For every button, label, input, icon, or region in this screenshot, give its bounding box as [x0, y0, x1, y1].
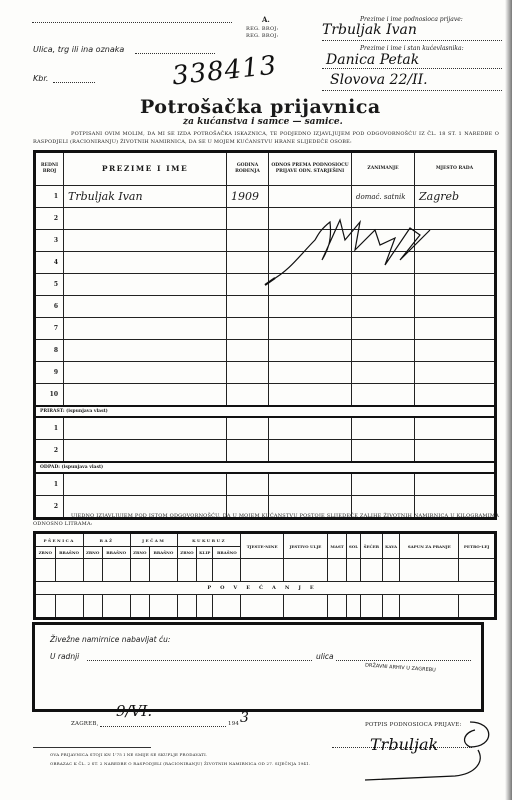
table-row: 1 Trbuljak Ivan 1909 domać. satnik Zagre…: [35, 186, 496, 208]
shop-box: Živežne namirnice nabavljat ću: U radnji…: [32, 622, 484, 712]
table-row: 9: [35, 362, 496, 384]
date-handwritten: 9/VI.: [116, 702, 152, 720]
supplies-intro: UJEDNO IZJAVLJUJEM POD ISTOM ODGOVORNOŠĆ…: [33, 512, 499, 528]
form-subtitle: za kućanstva i samce — samice.: [183, 117, 343, 127]
landlord-address[interactable]: Slovova 22/II.: [330, 72, 428, 88]
page-edge: [505, 0, 512, 800]
col-kava: KAVA: [382, 533, 399, 559]
shop-label: U radnji: [50, 652, 79, 661]
col-jecam: JEČAM: [130, 533, 177, 547]
footer-note-1: OVA PRIJAVNICA STOJI KN 1'75 I NE SMIJE …: [50, 752, 207, 757]
table-row: 1: [35, 417, 496, 440]
intro-text: POTPISANI OVIM MOLIM, DA MI SE IZDA POTR…: [33, 130, 499, 146]
kbr-label: Kbr.: [33, 74, 48, 83]
col-secer: ŠEĆER: [360, 533, 382, 559]
persons-table: REDNI BROJ PREZIME I IME GODINA ROĐENJA …: [33, 150, 497, 520]
odpad-section: ODPAD: (ispunjava vlast): [35, 462, 496, 473]
col-raz: RAŽ: [83, 533, 130, 547]
col-tjestenine: TJESTE-NINE: [241, 533, 284, 559]
cancellation-scribble: [260, 210, 480, 290]
supplies-values-row: [35, 559, 496, 582]
reg-number: 338413: [171, 51, 279, 92]
table-row: 10: [35, 384, 496, 407]
col-sapun: SAPUN ZA PRANJE: [400, 533, 459, 559]
street-label-box: ulica: [316, 652, 334, 661]
povecanje-values-row: [35, 595, 496, 619]
col-sol: SOL: [347, 533, 361, 559]
address-line: [322, 90, 502, 91]
table-row: 8: [35, 340, 496, 362]
footer-note-2: OBRAZAC K ČL. 2 ST. 2 NAREDBE O RASPODJE…: [50, 761, 310, 766]
landlord-label: Prezime i ime i stan kućevlasnika:: [360, 45, 464, 52]
street-label: Ulica, trg ili ina oznaka: [33, 45, 124, 54]
street-field[interactable]: [135, 53, 215, 54]
top-left-line: [32, 22, 232, 23]
landlord-line: [322, 68, 502, 69]
archive-stamp: DRŽAVNI ARHIV U ZAGREBU: [365, 663, 436, 674]
col-kukuruz: KUKURUZ: [177, 533, 240, 547]
date-field[interactable]: [100, 726, 226, 727]
col-redni-broj: REDNI BROJ: [35, 152, 64, 186]
col-petrolej: PETRO-LEJ: [459, 533, 496, 559]
prirast-section: PRIRAST: (ispunjava vlast): [35, 406, 496, 417]
applicant-line: [322, 40, 502, 41]
col-psenica: PŠENICA: [35, 533, 84, 547]
applicant-value[interactable]: Trbuljak Ivan: [322, 22, 417, 38]
shop-field[interactable]: [87, 660, 312, 661]
col-mast: MAST: [327, 533, 346, 559]
col-workplace: MJESTO RADA: [415, 152, 496, 186]
footer-rule: [33, 747, 151, 748]
col-ulje: JESTIVO ULJE: [283, 533, 327, 559]
form-title: Potrošačka prijavnica: [140, 96, 381, 118]
table-row: 1: [35, 473, 496, 496]
signature-flourish: [360, 712, 500, 782]
table-row: 7: [35, 318, 496, 340]
povecanje-row: POVEĆANJE: [35, 582, 496, 595]
street-field-box[interactable]: [336, 660, 471, 661]
col-year: GODINA ROĐENJA: [227, 152, 269, 186]
year-suffix: 3: [240, 710, 249, 726]
shop-heading: Živežne namirnice nabavljat ću:: [50, 635, 170, 644]
year-prefix: 194: [228, 721, 239, 727]
place-label: ZAGREB,: [71, 721, 99, 727]
cell-relation[interactable]: [269, 186, 352, 208]
reg-label-2: REG. BROJ:: [246, 33, 278, 39]
supplies-table: PŠENICA RAŽ JEČAM KUKURUZ TJESTE-NINE JE…: [33, 531, 497, 620]
col-occupation: ZANIMANJE: [352, 152, 415, 186]
cell-occupation[interactable]: domać. satnik: [352, 186, 415, 208]
stamp-a: A.: [262, 15, 270, 24]
table-row: 2: [35, 440, 496, 463]
reg-label: REG. BROJ:: [246, 26, 278, 32]
cell-name[interactable]: Trbuljak Ivan: [64, 186, 227, 208]
kbr-field[interactable]: [53, 82, 95, 83]
landlord-value[interactable]: Danica Petak: [326, 52, 419, 68]
col-name: PREZIME I IME: [64, 152, 227, 186]
cell-year[interactable]: 1909: [227, 186, 269, 208]
table-row: 6: [35, 296, 496, 318]
col-relation: ODNOS PREMA PODNOSIOCU PRIJAVE ODN. STAR…: [269, 152, 352, 186]
cell-workplace[interactable]: Zagreb: [415, 186, 496, 208]
